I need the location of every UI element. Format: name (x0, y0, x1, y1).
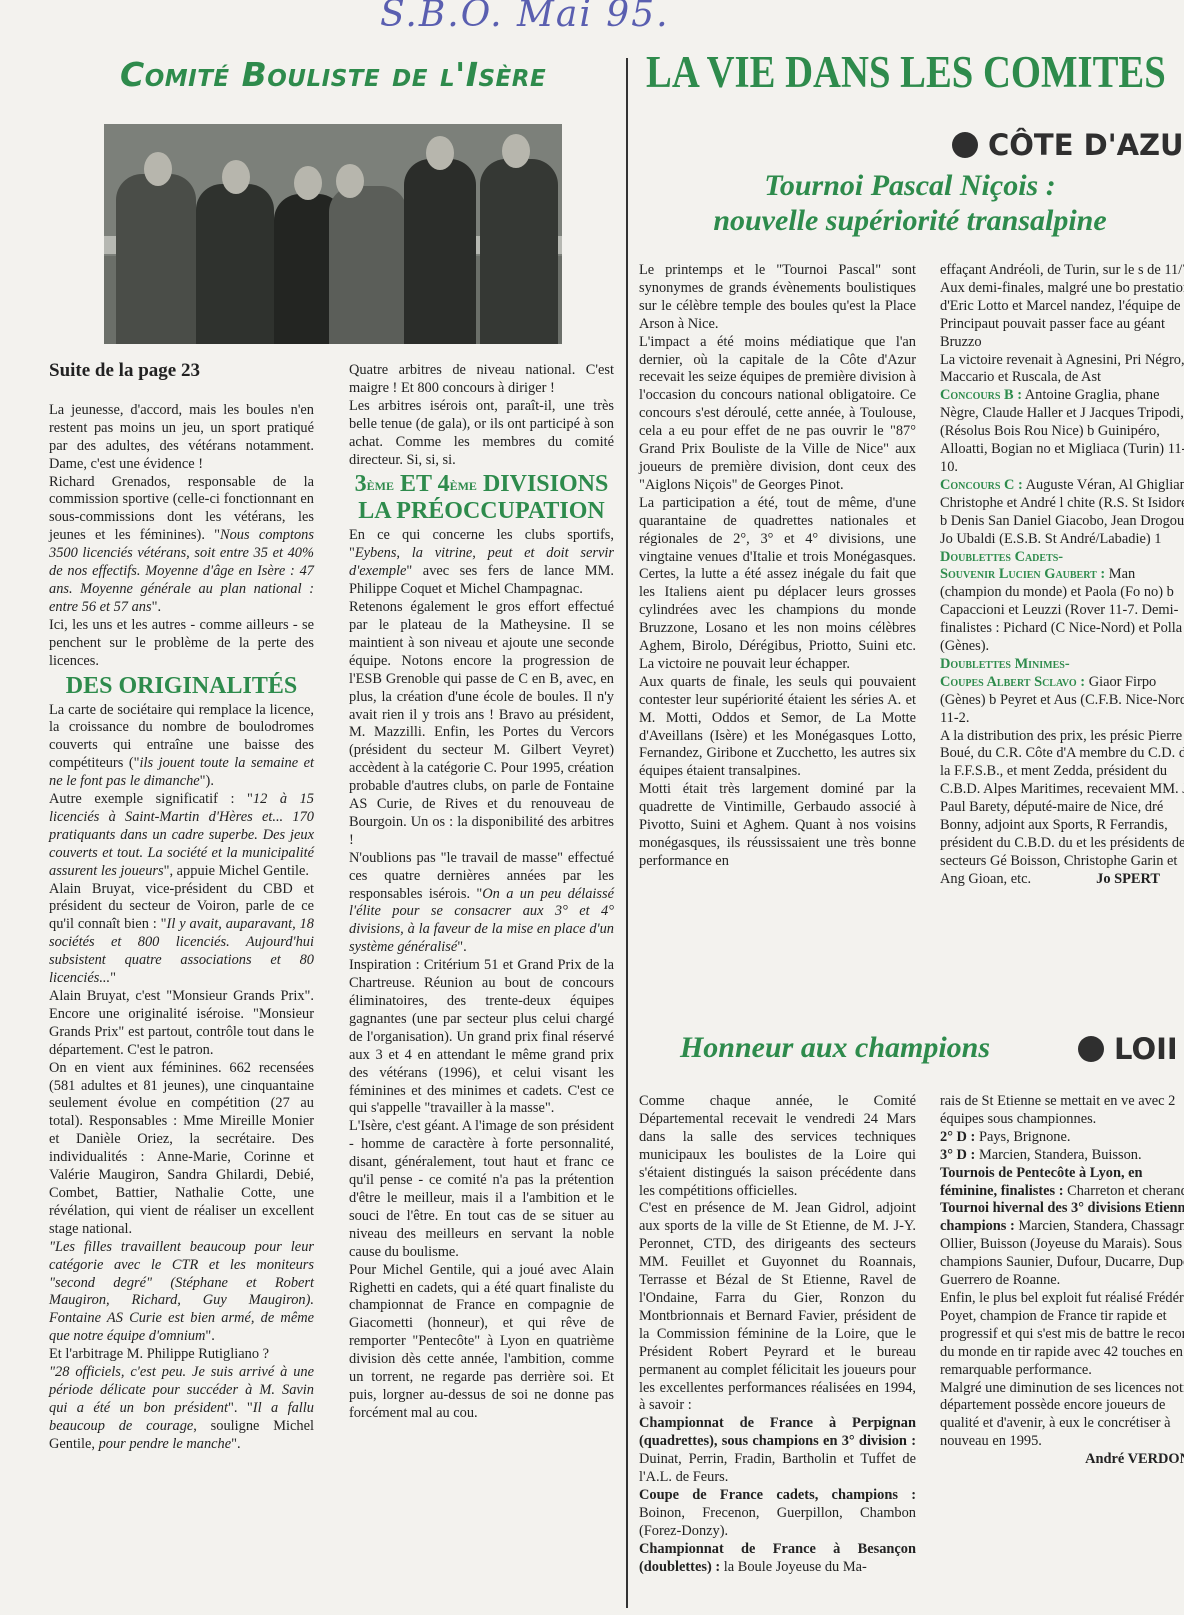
continued-from-label: Suite de la page 23 (49, 362, 314, 380)
paragraph: Ici, les uns et les autres - comme aille… (49, 617, 314, 671)
label-doublettes-cadets: Doublettes Cadets- (940, 549, 1184, 567)
column-divider (626, 58, 628, 1608)
paragraph: La participation a été, tout de même, d'… (639, 495, 916, 674)
paragraph: On en vient aux féminines. 662 recensées… (49, 1060, 314, 1239)
left-page-title: Comité Bouliste de l'Isère (120, 55, 546, 94)
isere-column-1: Suite de la page 23 La jeunesse, d'accor… (49, 362, 314, 1454)
author-signature: André VERDON (940, 1451, 1184, 1469)
paragraph: La jeunesse, d'accord, mais les boules n… (49, 402, 314, 474)
cote-azur-column-1: Le printemps et le "Tournoi Pascal" sont… (639, 262, 916, 871)
paragraph: En ce qui concerne les clubs sportifs, "… (349, 527, 614, 599)
paragraph: Inspiration : Critérium 51 et Grand Prix… (349, 957, 614, 1118)
article-title-honneur: Honneur aux champions (640, 1030, 1030, 1065)
section-heading-divisions: 3ÈME ET 4ÈME DIVISIONS LA PRÉOCCUPATION (349, 471, 614, 525)
paragraph: Retenons également le gros effort effect… (349, 599, 614, 850)
paragraph: L'Isère, c'est géant. A l'image de son p… (349, 1118, 614, 1261)
paragraph: Pour Michel Gentile, qui a joué avec Ala… (349, 1262, 614, 1423)
result-2d: 2° D : Pays, Brignone. (940, 1129, 1184, 1147)
paragraph: Alain Bruyat, c'est "Monsieur Grands Pri… (49, 988, 314, 1060)
paragraph: Comme chaque année, le Comité Départemen… (639, 1093, 916, 1200)
result-concours-b: Concours B : Antoine Graglia, phane Nègr… (940, 387, 1184, 477)
loire-column-2: rais de St Etienne se mettait en ve avec… (940, 1093, 1184, 1469)
paragraph: C'est en présence de M. Jean Gidrol, adj… (639, 1200, 916, 1415)
paragraph: Aux quarts de finale, les seuls qui pouv… (639, 674, 916, 781)
handwritten-note: S.B.O. Mai 95. (380, 0, 670, 35)
paragraph: Enfin, le plus bel exploit fut réalisé F… (940, 1290, 1184, 1380)
result-besancon: Championnat de France à Besançon (double… (639, 1541, 916, 1577)
region-label-loire: LOII (1078, 1032, 1178, 1066)
paragraph: Autre exemple significatif : "12 à 15 li… (49, 791, 314, 881)
paragraph: effaçant Andréoli, de Turin, sur le s de… (940, 262, 1184, 280)
paragraph: Quatre arbitres de niveau national. C'es… (349, 362, 614, 398)
loire-column-1: Comme chaque année, le Comité Départemen… (639, 1093, 916, 1576)
section-heading-originalites: DES ORIGINALITÉS (49, 673, 314, 700)
result-coupes-sclavo: Coupes Albert Sclavo : Giaor Firpo (Gène… (940, 674, 1184, 728)
paragraph: Le printemps et le "Tournoi Pascal" sont… (639, 262, 916, 334)
paragraph: Aux demi-finales, malgré une bo prestati… (940, 280, 1184, 352)
result-souvenir-gaubert: Souvenir Lucien Gaubert : Man (champion … (940, 566, 1184, 656)
result-3d: 3° D : Marcien, Standera, Buisson. (940, 1147, 1184, 1165)
result-hivernal: Tournoi hivernal des 3° divisions Etienn… (940, 1200, 1184, 1290)
paragraph: La victoire revenait à Agnesini, Pri Nég… (940, 352, 1184, 388)
paragraph: L'impact a été moins médiatique que l'an… (639, 334, 916, 495)
paragraph: Alain Bruyat, vice-président du CBD et p… (49, 881, 314, 988)
label-doublettes-minimes: Doublettes Minimes- (940, 656, 1184, 674)
paragraph: Et l'arbitrage M. Philippe Rutigliano ? (49, 1346, 314, 1364)
isere-column-2: Quatre arbitres de niveau national. C'es… (349, 362, 614, 1423)
bullet-dot-icon (952, 132, 978, 158)
result-perpignan: Championnat de France à Perpignan (quadr… (639, 1415, 916, 1487)
paragraph: La carte de sociétaire qui remplace la l… (49, 702, 314, 792)
article-title-tournoi: Tournoi Pascal Niçois : nouvelle supério… (640, 168, 1180, 238)
bullet-dot-icon (1078, 1036, 1104, 1062)
paragraph: Richard Grenados, responsable de la comm… (49, 474, 314, 617)
result-pentecote: Tournois de Pentecôte à Lyon, en féminin… (940, 1165, 1184, 1201)
region-label-cote-dazur: CÔTE D'AZU (952, 128, 1184, 162)
right-page-title: LA VIE DANS LES COMITES (646, 46, 1166, 98)
paragraph: Motti était très largement dominé par la… (639, 781, 916, 871)
paragraph: "Les filles travaillent beaucoup pour le… (49, 1239, 314, 1346)
paragraph: rais de St Etienne se mettait en ve avec… (940, 1093, 1184, 1129)
paragraph: "28 officiels, c'est peu. Je suis arrivé… (49, 1364, 314, 1454)
cote-azur-column-2: effaçant Andréoli, de Turin, sur le s de… (940, 262, 1184, 889)
result-coupe-cadets: Coupe de France cadets, champions : Boin… (639, 1487, 916, 1541)
result-concours-c: Concours C : Auguste Véran, Al Ghigliano… (940, 477, 1184, 549)
paragraph: A la distribution des prix, les présic P… (940, 728, 1184, 889)
paragraph: Les arbitres isérois ont, paraît-il, une… (349, 398, 614, 470)
paragraph: N'oublions pas "le travail de masse" eff… (349, 850, 614, 957)
ceremony-photo (104, 124, 562, 344)
paragraph: Malgré une diminution de ses licences no… (940, 1380, 1184, 1452)
